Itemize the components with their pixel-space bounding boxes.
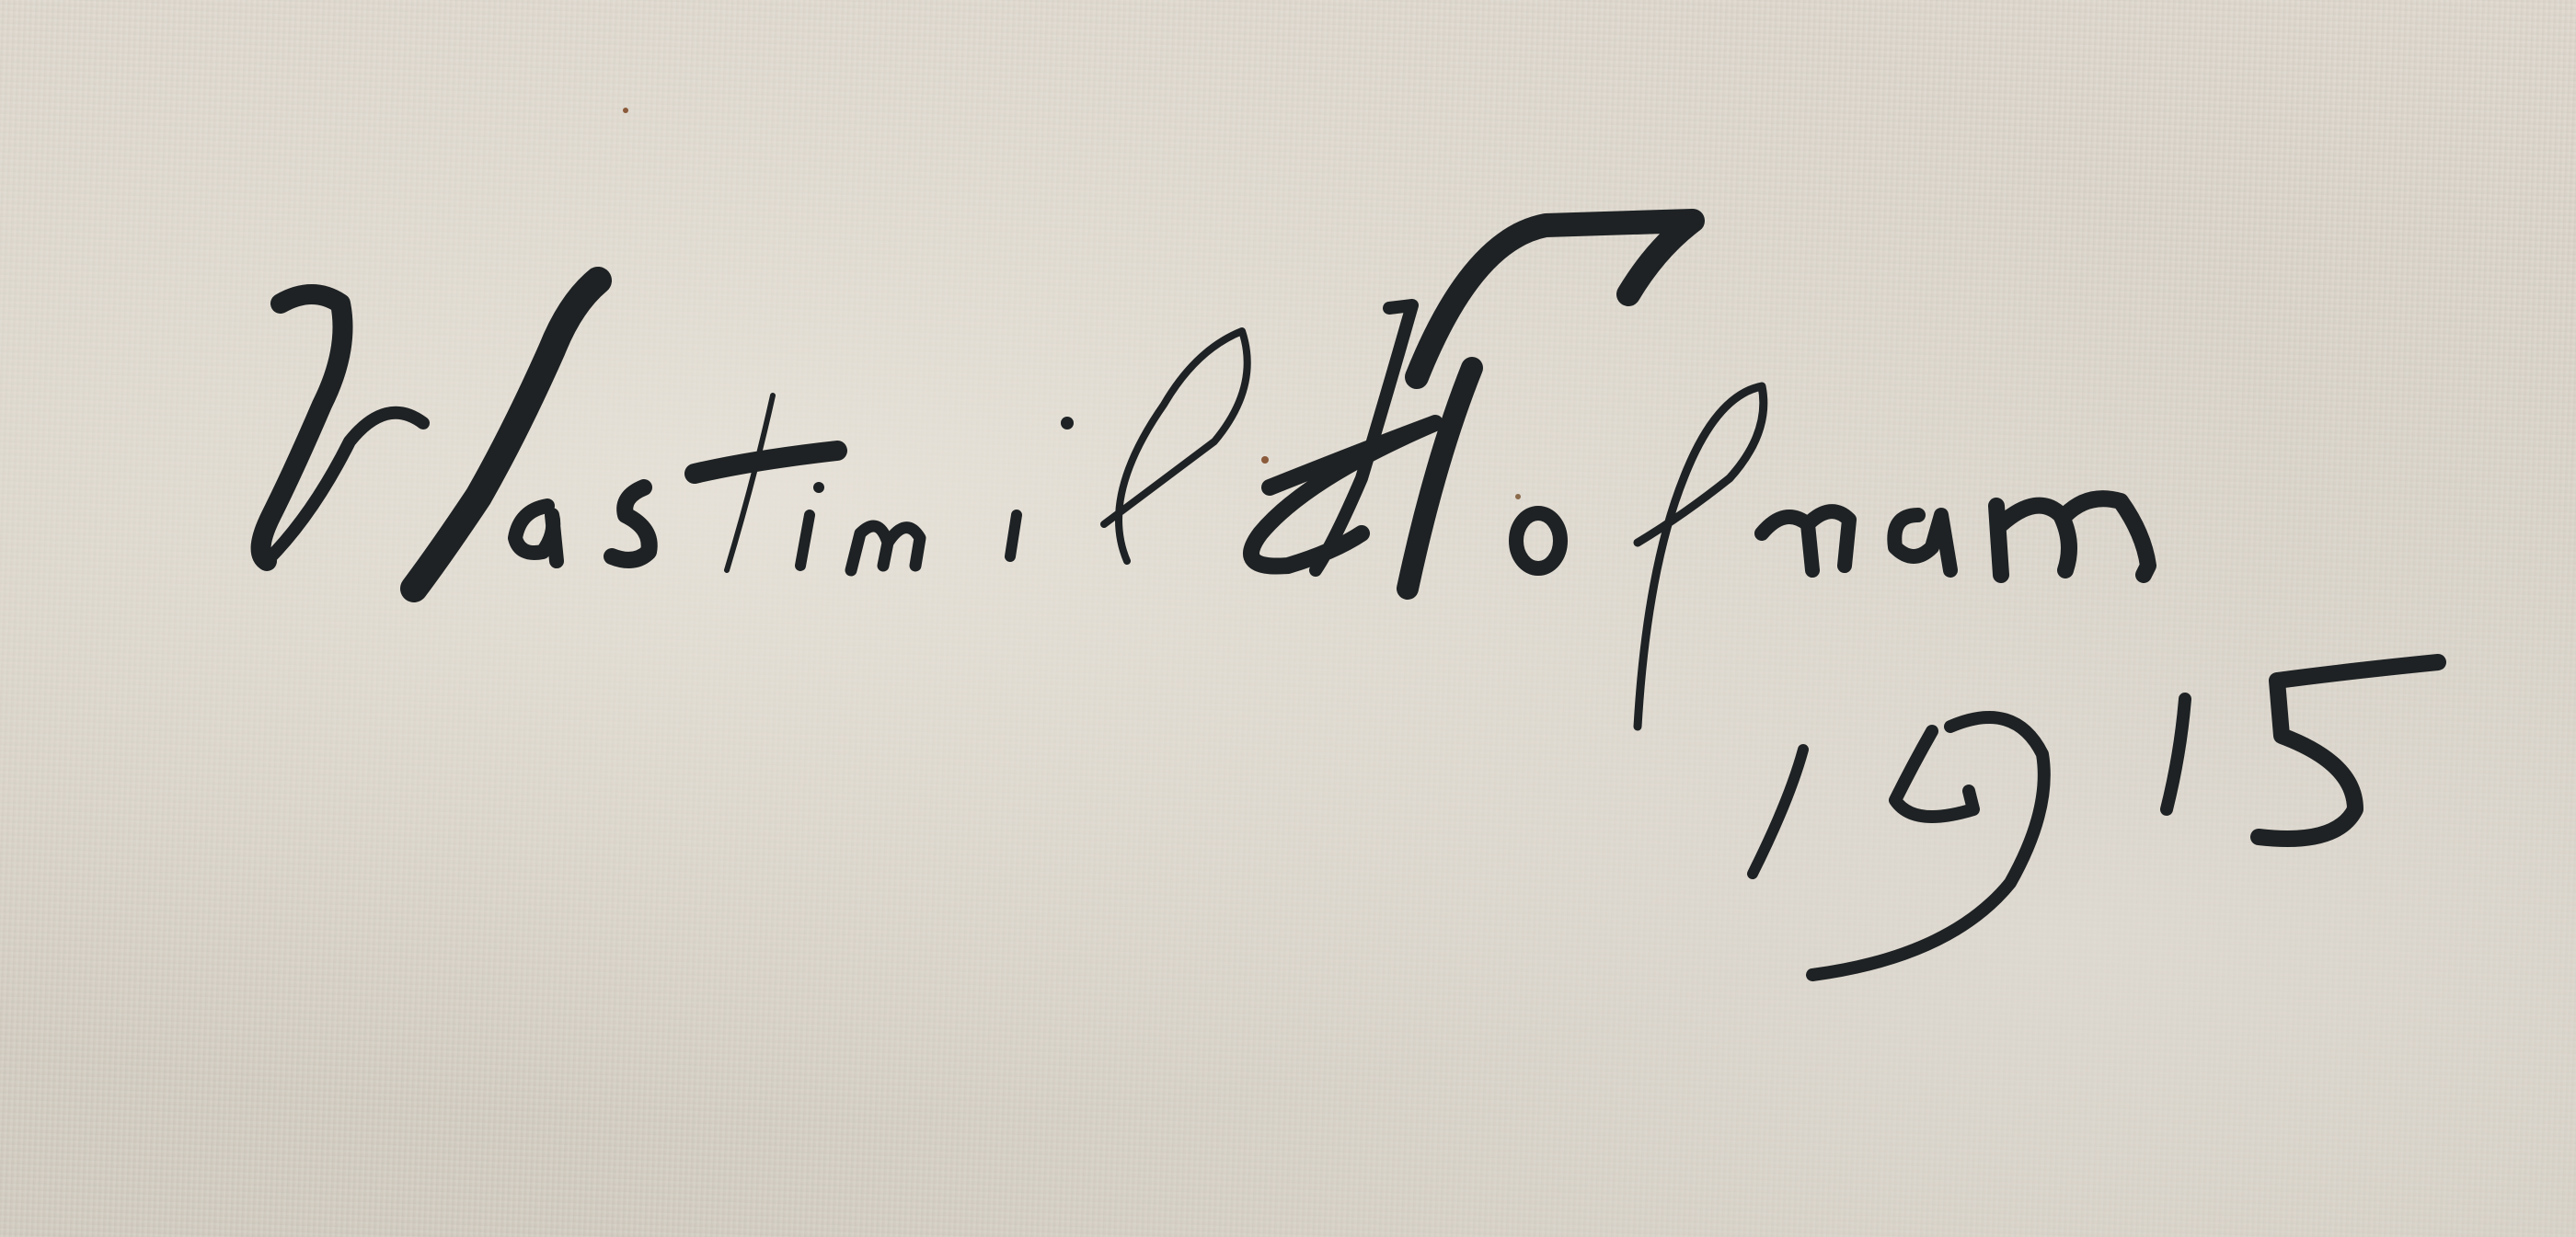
letter-n — [1996, 498, 2148, 575]
letter-m-2 — [1762, 511, 1849, 570]
letter-l-stroke — [414, 281, 598, 589]
year-1915 — [1753, 662, 2438, 975]
letter-H — [1251, 221, 1693, 589]
letter-f — [1638, 386, 1764, 727]
letter-i-1 — [800, 482, 824, 566]
letter-m — [851, 526, 920, 570]
letter-o — [1516, 513, 1560, 568]
canvas-surface: Vlastimil Hofman 1915 — [0, 0, 2576, 1237]
letter-V — [261, 294, 423, 561]
paint-speck — [1515, 494, 1521, 499]
letter-a-2 — [1894, 515, 1950, 570]
signature-strokes — [0, 0, 2576, 1237]
letter-s — [612, 487, 650, 560]
letter-a — [515, 506, 557, 561]
paint-speck — [623, 108, 628, 113]
letter-l — [1104, 331, 1248, 561]
paint-speck — [1261, 456, 1269, 464]
letter-i-2 — [1010, 417, 1074, 556]
